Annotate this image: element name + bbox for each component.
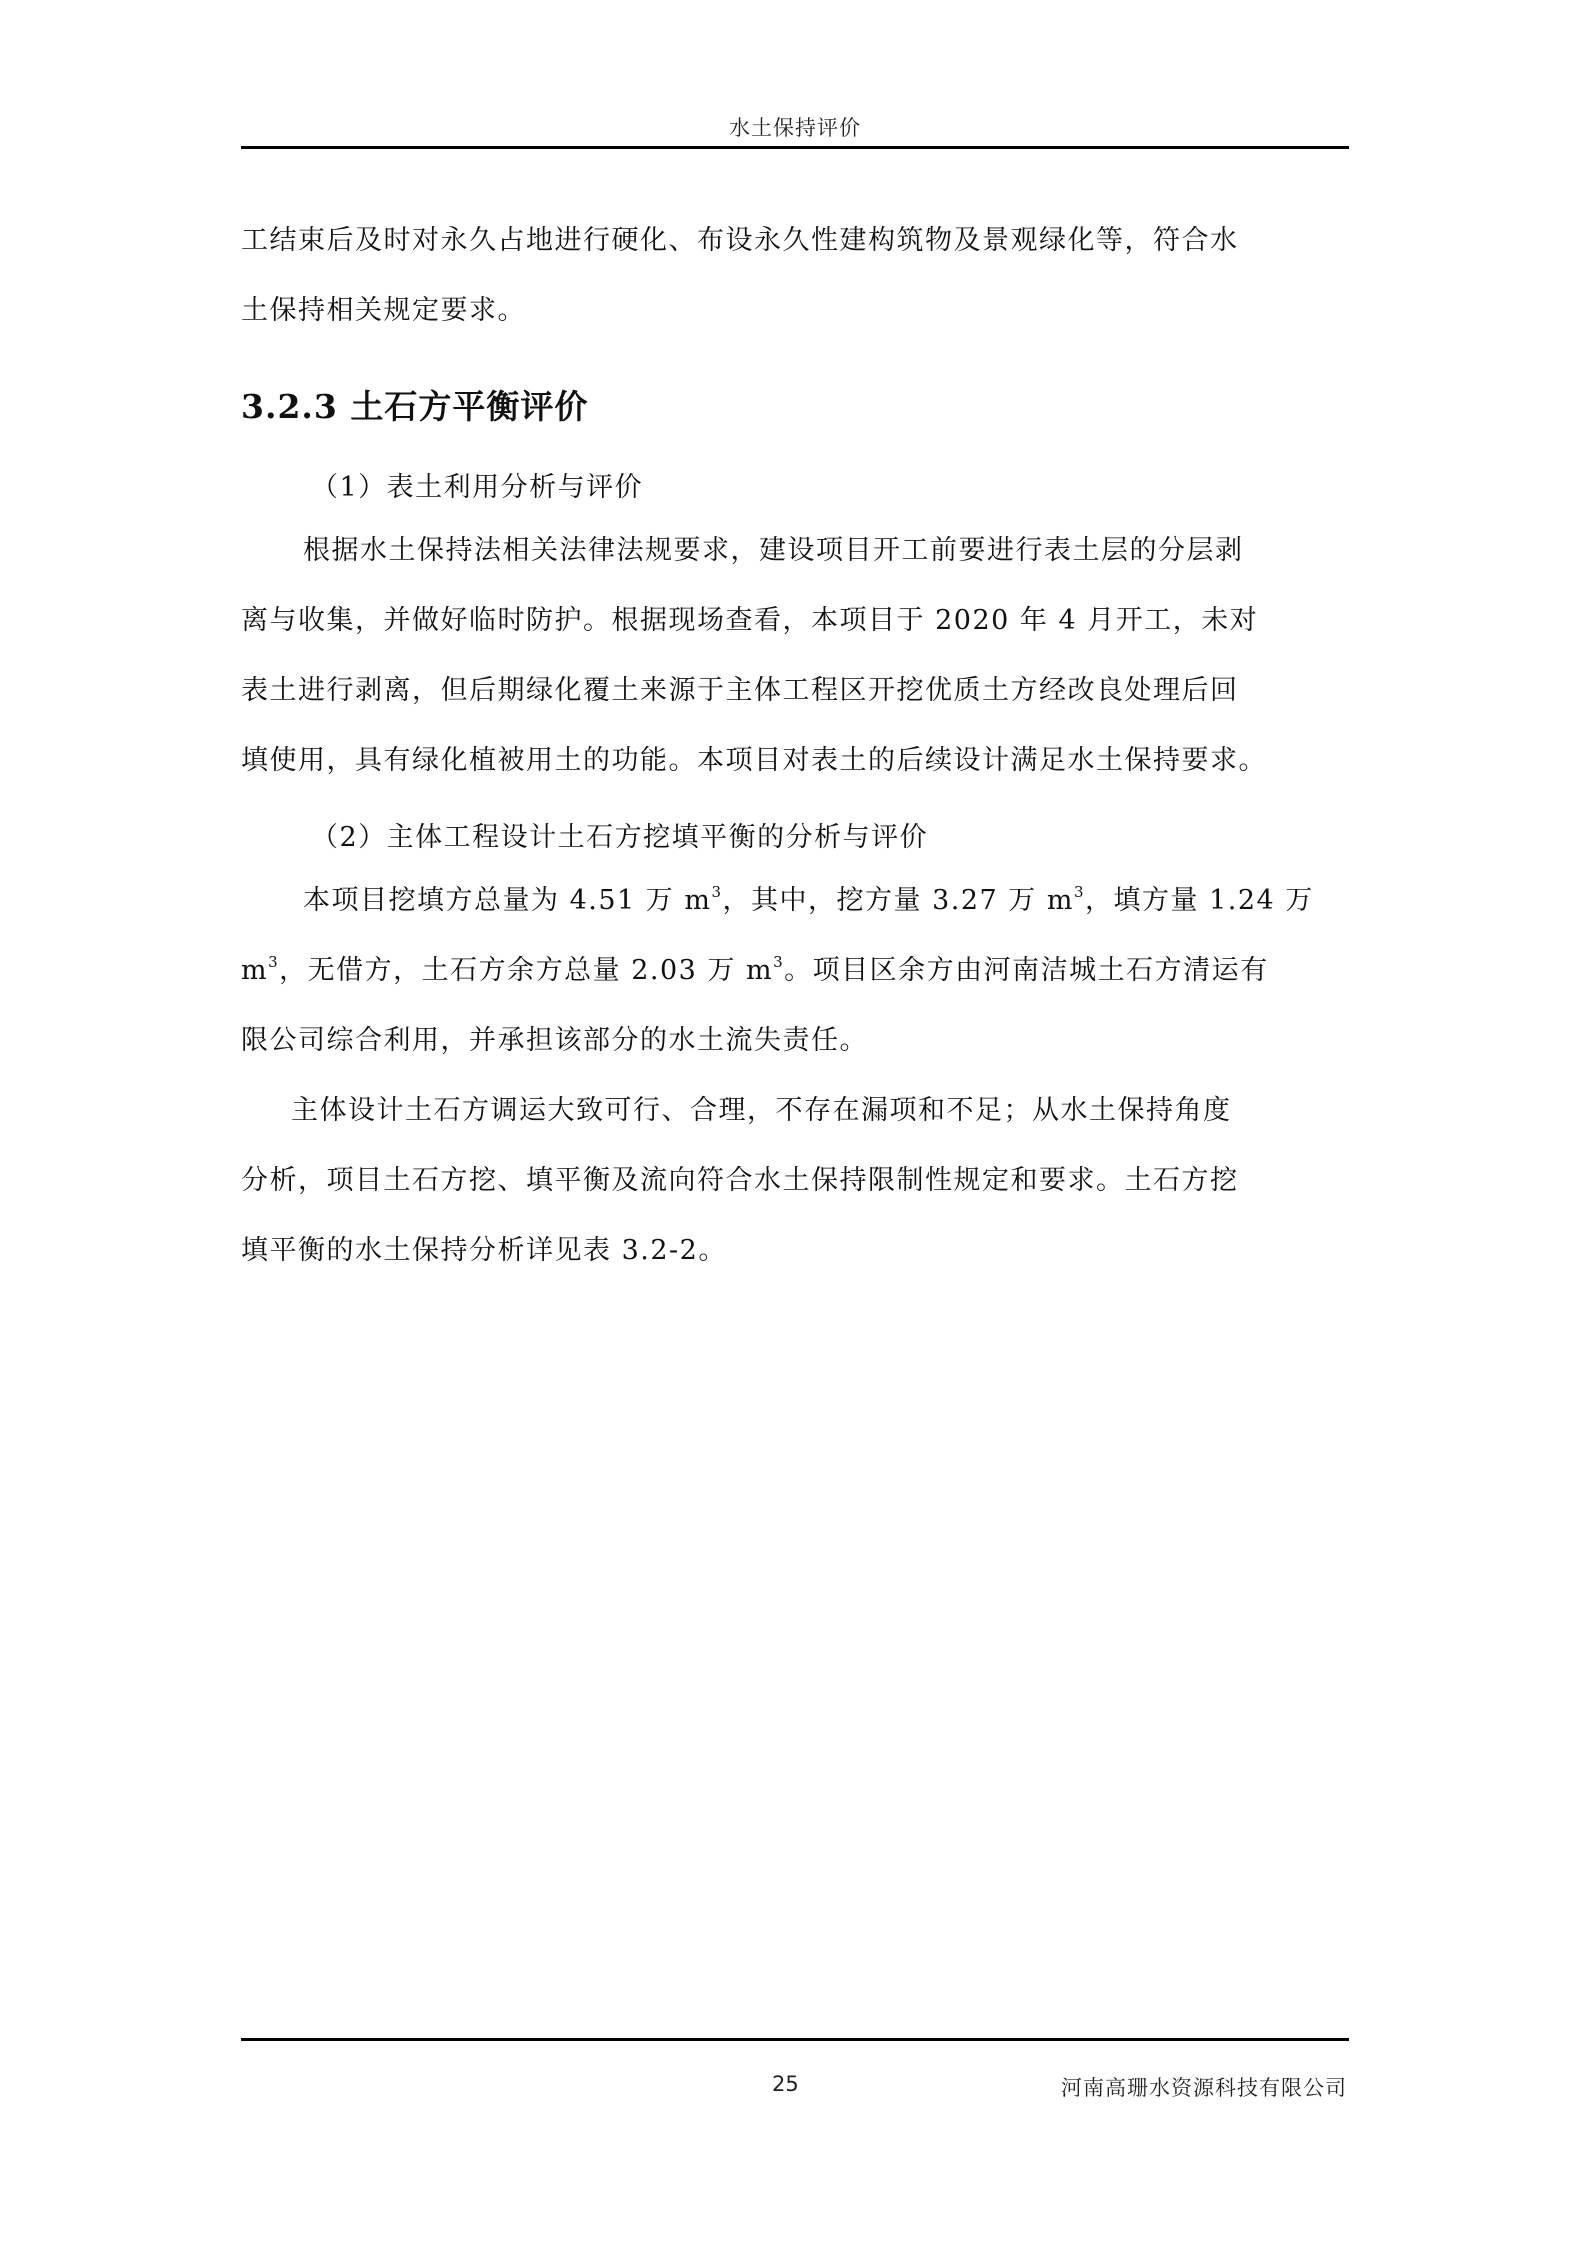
text-run: 。项目区余方由河南洁城土石方清运有 [784, 955, 1269, 986]
paragraph-continuation: 工结束后及时对永久占地进行硬化、布设永久性建构筑物及景观绿化等，符合水 土保持相… [241, 212, 1349, 352]
text-line: 工结束后及时对永久占地进行硬化、布设永久性建构筑物及景观绿化等，符合水 [241, 212, 1349, 282]
document-page: 水土保持评价 工结束后及时对永久占地进行硬化、布设永久性建构筑物及景观绿化等，符… [0, 0, 1587, 2245]
body-content: 工结束后及时对永久占地进行硬化、布设永久性建构筑物及景观绿化等，符合水 土保持相… [241, 212, 1349, 1292]
text-line: 分析，项目土石方挖、填平衡及流向符合水土保持限制性规定和要求。土石方挖 [241, 1152, 1349, 1222]
paragraph-topsoil: 根据水土保持法相关法律法规要求，建设项目开工前要进行表土层的分层剥 离与收集，并… [241, 522, 1349, 802]
text-run: ，其中，挖方量 3.27 万 m [723, 885, 1074, 916]
superscript: 3 [1074, 883, 1085, 901]
subsection-heading-2: （2）主体工程设计土石方挖填平衡的分析与评价 [241, 802, 1349, 872]
footer-divider [241, 2038, 1349, 2041]
paragraph-evaluation: 主体设计土石方调运大致可行、合理，不存在漏项和不足；从水土保持角度 分析，项目土… [241, 1082, 1349, 1292]
text-line: 表土进行剥离，但后期绿化覆土来源于主体工程区开挖优质土方经改良处理后回 [241, 662, 1349, 732]
text-line: 根据水土保持法相关法律法规要求，建设项目开工前要进行表土层的分层剥 [241, 522, 1349, 592]
footer-company-name: 河南高珊水资源科技有限公司 [1061, 2072, 1347, 2102]
text-run: m [241, 955, 268, 986]
text-run: ，填方量 1.24 万 [1085, 885, 1314, 916]
text-line: 填使用，具有绿化植被用土的功能。本项目对表土的后续设计满足水土保持要求。 [241, 732, 1349, 802]
text-line: 填平衡的水土保持分析详见表 3.2-2。 [241, 1222, 1349, 1292]
page-number: 25 [772, 2072, 799, 2096]
text-line: 主体设计土石方调运大致可行、合理，不存在漏项和不足；从水土保持角度 [241, 1082, 1349, 1152]
text-line: 土保持相关规定要求。 [241, 282, 1349, 352]
text-run: 本项目挖填方总量为 4.51 万 m [303, 885, 711, 916]
text-line: 本项目挖填方总量为 4.51 万 m3，其中，挖方量 3.27 万 m3，填方量… [241, 872, 1349, 942]
running-header-title: 水土保持评价 [241, 112, 1349, 142]
section-heading: 3.2.3 土石方平衡评价 [241, 352, 1349, 452]
text-line: 限公司综合利用，并承担该部分的水土流失责任。 [241, 1012, 1349, 1082]
text-line: m3，无借方，土石方余方总量 2.03 万 m3。项目区余方由河南洁城土石方清运… [241, 942, 1349, 1012]
superscript: 3 [773, 953, 784, 971]
superscript: 3 [268, 953, 279, 971]
text-line: 离与收集，并做好临时防护。根据现场查看，本项目于 2020 年 4 月开工，未对 [241, 592, 1349, 662]
paragraph-earthwork-volumes: 本项目挖填方总量为 4.51 万 m3，其中，挖方量 3.27 万 m3，填方量… [241, 872, 1349, 1082]
superscript: 3 [711, 883, 722, 901]
header-divider [241, 146, 1349, 149]
subsection-heading-1: （1）表土利用分析与评价 [241, 452, 1349, 522]
text-run: ，无借方，土石方余方总量 2.03 万 m [279, 955, 773, 986]
